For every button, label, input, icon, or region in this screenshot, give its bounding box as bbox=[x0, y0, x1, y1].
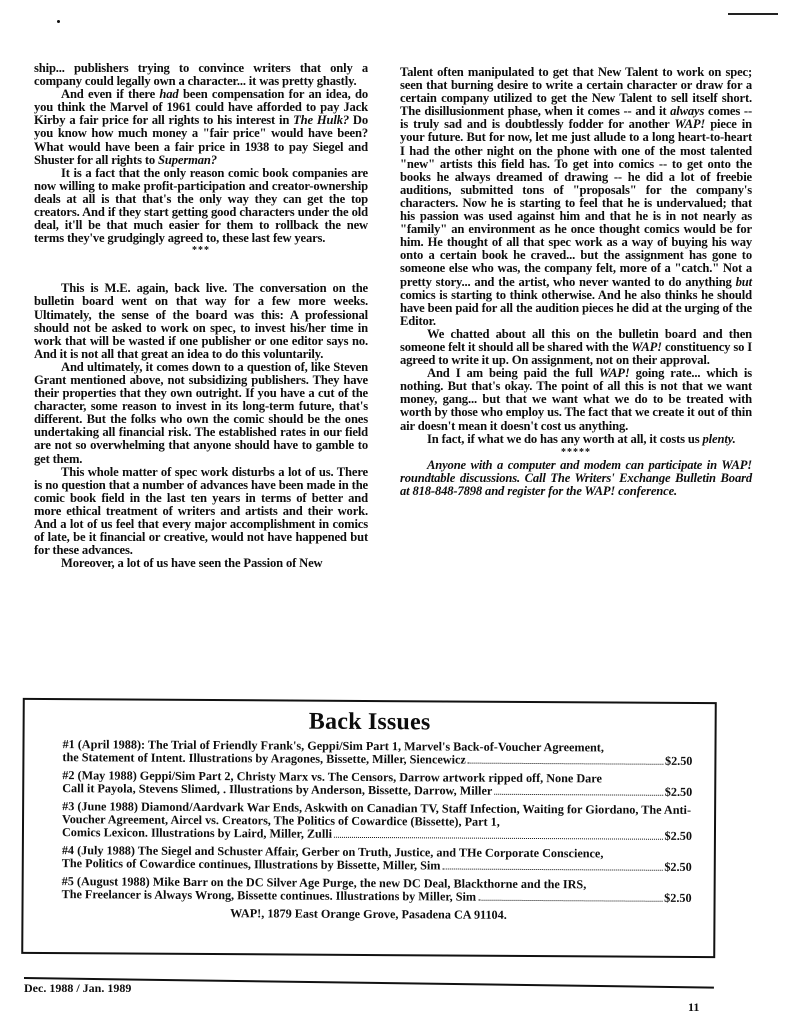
issue-price: $2.50 bbox=[665, 755, 693, 769]
dot-leader bbox=[478, 900, 662, 902]
back-issues-box: Back Issues #1 (April 1988): The Trial o… bbox=[21, 698, 717, 958]
paragraph: Talent often manipulated to get that New… bbox=[400, 66, 752, 328]
page-number: 11 bbox=[688, 1000, 699, 1015]
back-issue-item: #3 (June 1988) Diamond/Aardvark War Ends… bbox=[62, 800, 692, 844]
paragraph: This whole matter of spec work disturbs … bbox=[34, 466, 368, 558]
dot-leader bbox=[334, 837, 663, 840]
back-issues-title: Back Issues bbox=[25, 706, 715, 738]
issue-date: Dec. 1988 / Jan. 1989 bbox=[24, 981, 131, 996]
back-issue-item: #5 (August 1988) Mike Barr on the DC Sil… bbox=[62, 875, 692, 906]
scan-speck bbox=[57, 20, 60, 23]
paragraph: And ultimately, it comes down to a quest… bbox=[34, 361, 368, 466]
dot-leader bbox=[494, 794, 663, 796]
scan-top-rule bbox=[728, 13, 778, 15]
mailing-address: WAP!, 1879 East Orange Grove, Pasadena C… bbox=[23, 905, 713, 924]
paragraph: We chatted about all this on the bulleti… bbox=[400, 328, 752, 367]
section-separator: *** bbox=[34, 245, 368, 256]
issue-description: the Statement of Intent. Illustrations b… bbox=[62, 752, 465, 768]
paragraph: And even if there had been compensation … bbox=[34, 88, 368, 167]
dot-leader bbox=[468, 763, 663, 765]
paragraph: Moreover, a lot of us have seen the Pass… bbox=[34, 557, 368, 570]
article-right-column: Talent often manipulated to get that New… bbox=[400, 66, 752, 498]
paragraph: It is a fact that the only reason comic … bbox=[34, 167, 368, 246]
back-issue-item: #1 (April 1988): The Trial of Friendly F… bbox=[62, 738, 692, 769]
paragraph: ship... publishers trying to convince wr… bbox=[34, 62, 368, 88]
paragraph: This is M.E. again, back live. The conve… bbox=[34, 282, 368, 361]
issue-price: $2.50 bbox=[664, 830, 692, 844]
section-separator: ***** bbox=[400, 446, 752, 459]
issue-description: The Freelancer is Always Wrong, Bissette… bbox=[62, 888, 477, 904]
paragraph: In fact, if what we do has any worth at … bbox=[400, 433, 752, 446]
issue-description: The Politics of Cowardice continues, Ill… bbox=[62, 857, 441, 873]
article-left-column: ship... publishers trying to convince wr… bbox=[34, 62, 368, 570]
bulletin-board-note: Anyone with a computer and modem can par… bbox=[400, 459, 752, 498]
issue-description: Comics Lexicon. Illustrations by Laird, … bbox=[62, 827, 332, 842]
issue-price: $2.50 bbox=[664, 861, 692, 875]
issue-price: $2.50 bbox=[664, 892, 692, 906]
dot-leader bbox=[442, 869, 662, 871]
back-issue-item: #2 (May 1988) Geppi/Sim Part 2, Christy … bbox=[62, 769, 692, 800]
back-issue-item: #4 (July 1988) The Siegel and Schuster A… bbox=[62, 844, 692, 875]
issue-description: Call it Payola, Stevens Slimed, . Illust… bbox=[62, 782, 492, 798]
paragraph: And I am being paid the full WAP! going … bbox=[400, 367, 752, 432]
issue-price: $2.50 bbox=[665, 786, 693, 800]
